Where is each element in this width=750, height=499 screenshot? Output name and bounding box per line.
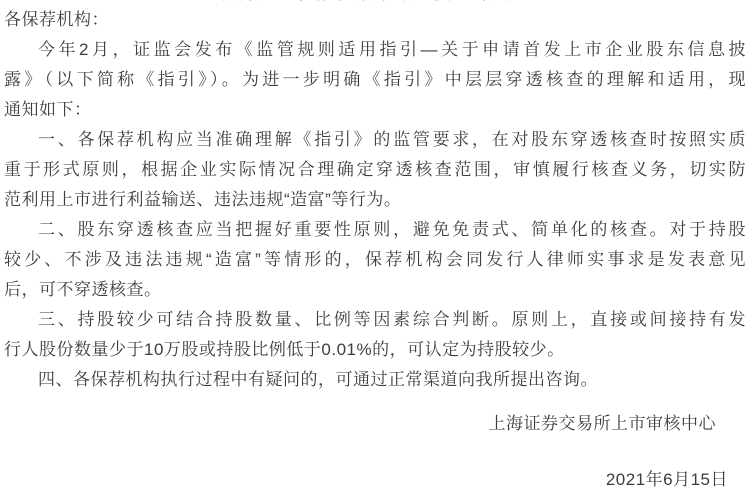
signature: 上海证券交易所上市审核中心 <box>4 409 746 439</box>
text-line: 一、各保荐机构应当准确理解《指引》的监管要求，在对股东穿透核查时按照实质 <box>4 125 746 155</box>
document-body: 各保荐机构： 今年2月，证监会发布《监管规则适用指引—关于申请首发上市企业股东信… <box>0 5 750 495</box>
cropped-title: 关于进一步规范股东穿透核查的通知 <box>0 0 750 4</box>
text-line: 重于形式原则，根据企业实际情况合理确定穿透核查范围，审慎履行核查义务，切实防 <box>4 155 746 185</box>
text-line: 四、各保荐机构执行过程中有疑问的，可通过正常渠道向我所提出咨询。 <box>4 365 746 395</box>
text-line: 二、股东穿透核查应当把握好重要性原则，避免免责式、简单化的核查。对于持股 <box>4 215 746 245</box>
text-line: 后，可不穿透核查。 <box>4 275 746 305</box>
text-line: 较少、不涉及违法违规“造富”等情形的，保荐机构会同发行人律师实事求是发表意见 <box>4 245 746 275</box>
salutation: 各保荐机构： <box>4 5 746 35</box>
document-page: 关于进一步规范股东穿透核查的通知 各保荐机构： 今年2月，证监会发布《监管规则适… <box>0 0 750 499</box>
text-line: 露》（以下简称《指引》）。为进一步明确《指引》中层层穿透核查的理解和适用，现 <box>4 65 746 95</box>
text-line: 通知如下： <box>4 95 746 125</box>
text-line: 三、持股较少可结合持股数量、比例等因素综合判断。原则上，直接或间接持有发 <box>4 305 746 335</box>
text-line: 范利用上市进行利益输送、违法违规“造富”等行为。 <box>4 185 746 215</box>
paragraphs: 今年2月，证监会发布《监管规则适用指引—关于申请首发上市企业股东信息披露》（以下… <box>4 35 746 395</box>
date: 2021年6月15日 <box>4 465 746 495</box>
text-line: 今年2月，证监会发布《监管规则适用指引—关于申请首发上市企业股东信息披 <box>4 35 746 65</box>
text-line: 行人股份数量少于10万股或持股比例低于0.01%的，可认定为持股较少。 <box>4 335 746 365</box>
